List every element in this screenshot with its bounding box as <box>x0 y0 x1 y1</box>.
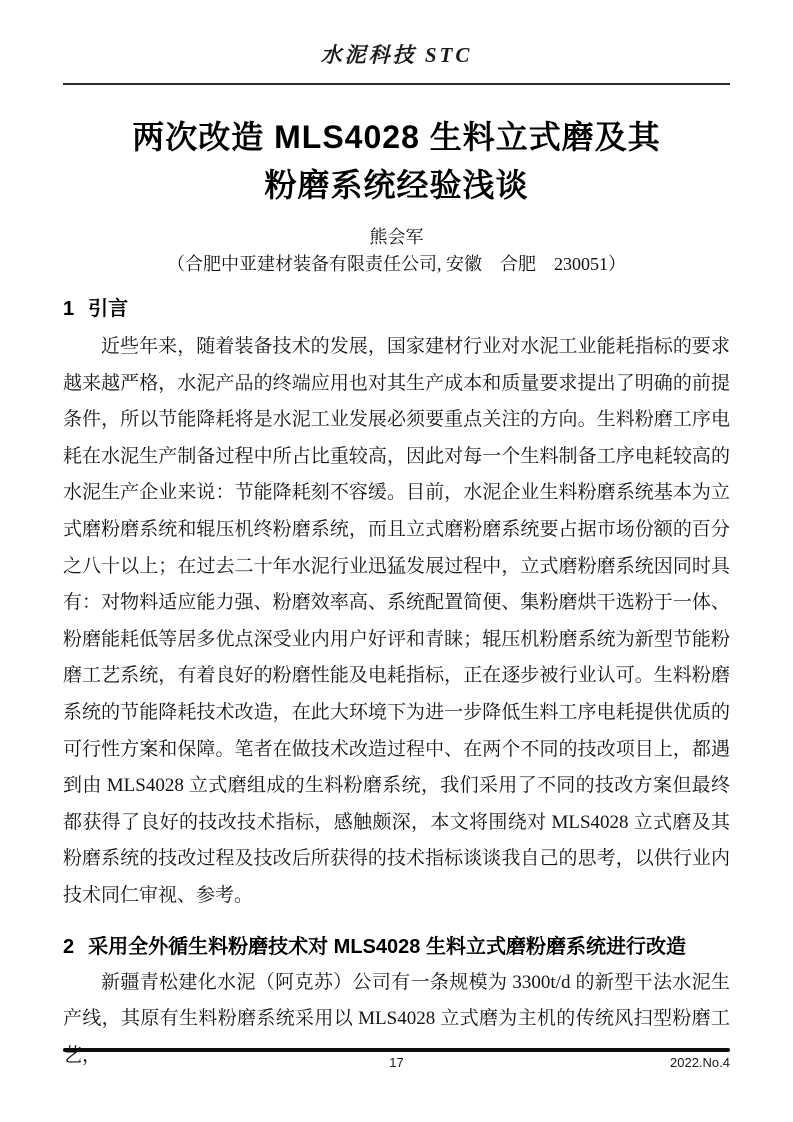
section-2-number: 2 <box>63 932 74 962</box>
article-title: 两次改造 MLS4028 生料立式磨及其 粉磨系统经验浅谈 <box>63 113 730 209</box>
section-1-number: 1 <box>63 294 74 324</box>
issue-label: 2022.No.4 <box>670 1055 730 1070</box>
footer-row: 17 2022.No.4 <box>63 1055 730 1073</box>
journal-running-head: 水泥科技 STC <box>63 42 730 68</box>
section-2-title: 采用全外循生料粉磨技术对 MLS4028 生料立式磨粉磨系统进行改造 <box>88 936 686 958</box>
article-title-line-1: 两次改造 MLS4028 生料立式磨及其 <box>132 119 661 155</box>
section-1-title: 引言 <box>88 298 128 320</box>
footer-rule <box>63 1048 730 1052</box>
page-number: 17 <box>63 1055 730 1070</box>
author-name: 熊会军 <box>63 225 730 249</box>
header-rule <box>63 83 730 85</box>
author-affiliation: （合肥中亚建材装备有限责任公司, 安徽 合肥 230051） <box>63 251 730 277</box>
document-page: 水泥科技 STC 两次改造 MLS4028 生料立式磨及其 粉磨系统经验浅谈 熊… <box>0 0 793 1122</box>
section-2-heading: 2采用全外循生料粉磨技术对 MLS4028 生料立式磨粉磨系统进行改造 <box>63 932 730 962</box>
section-1-heading: 1引言 <box>63 294 730 324</box>
page-footer: 17 2022.No.4 <box>63 1048 730 1073</box>
page-content: 水泥科技 STC 两次改造 MLS4028 生料立式磨及其 粉磨系统经验浅谈 熊… <box>0 0 793 1074</box>
article-title-line-2: 粉磨系统经验浅谈 <box>264 167 528 203</box>
section-1-paragraph: 近些年来，随着装备技术的发展，国家建材行业对水泥工业能耗指标的要求越来越严格，水… <box>63 329 730 915</box>
